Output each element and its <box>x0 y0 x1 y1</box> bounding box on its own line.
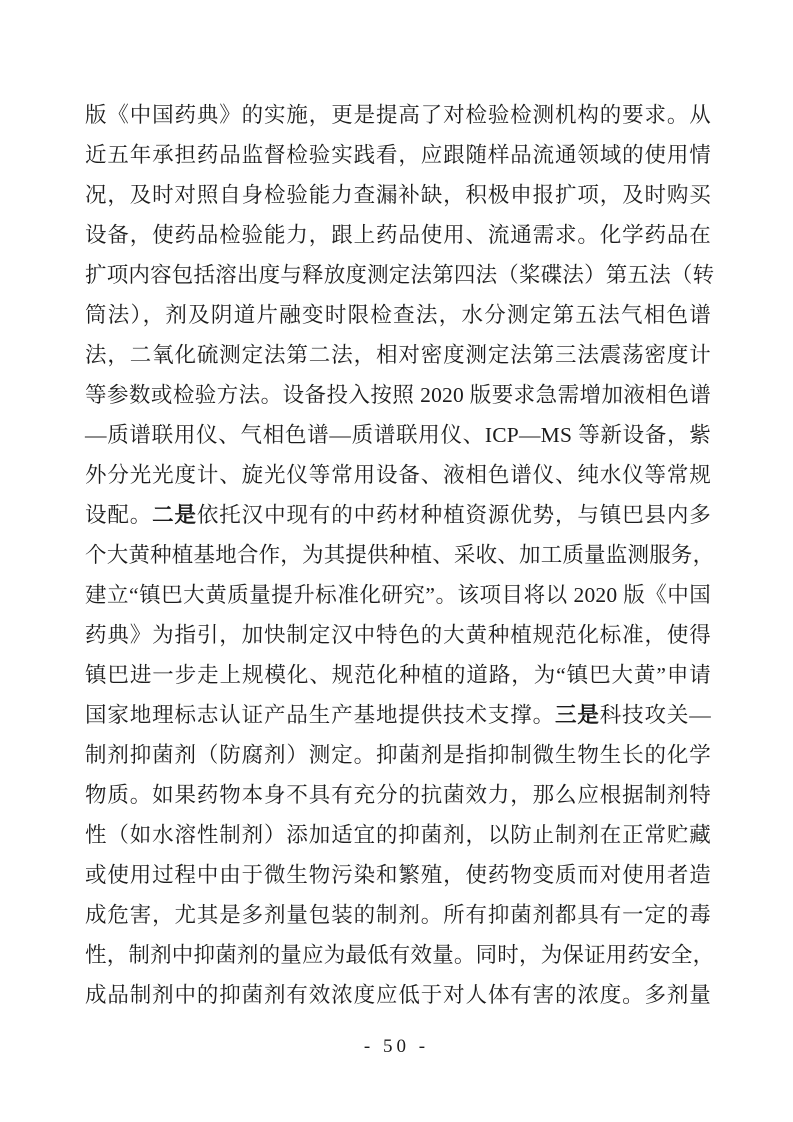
text-line: 设备，使药品检验能力，跟上药品使用、流通需求。化学药品在 <box>85 215 711 255</box>
text-line: 设配。二是依托汉中现有的中药材种植资源优势，与镇巴县内多 <box>85 495 711 535</box>
text-run: 国家地理标志认证产品生产基地提供技术支撑。 <box>85 703 555 727</box>
text-lines: 版《中国药典》的实施，更是提高了对检验检测机构的要求。从近五年承担药品监督检验实… <box>85 95 711 1015</box>
page-number: - 50 - <box>0 1036 793 1058</box>
text-run: 建立“镇巴大黄质量提升标准化研究”。该项目将以 2020 版《中国 <box>85 583 711 607</box>
text-run: 性，制剂中抑菌剂的量应为最低有效量。同时，为保证用药安全， <box>85 943 714 967</box>
text-run: 镇巴进一步走上规模化、规范化种植的道路，为“镇巴大黄”申请 <box>85 663 711 687</box>
text-run: —质谱联用仪、气相色谱—质谱联用仪、ICP—MS 等新设备，紫 <box>85 423 711 447</box>
bold-text-run: 二是 <box>152 503 197 527</box>
text-run: 药典》为指引，加快制定汉中特色的大黄种植规范化标准，使得 <box>85 623 711 647</box>
text-run: 筒法），剂及阴道片融变时限检查法，水分测定第五法气相色谱 <box>85 303 711 327</box>
text-line: 外分光光度计、旋光仪等常用设备、液相色谱仪、纯水仪等常规 <box>85 455 711 495</box>
text-run: 况，及时对照自身检验能力查漏补缺，积极申报扩项，及时购买 <box>85 183 711 207</box>
text-line: 性，制剂中抑菌剂的量应为最低有效量。同时，为保证用药安全， <box>85 935 711 975</box>
text-line: 成品制剂中的抑菌剂有效浓度应低于对人体有害的浓度。多剂量 <box>85 975 711 1015</box>
text-line: 国家地理标志认证产品生产基地提供技术支撑。三是科技攻关— <box>85 695 711 735</box>
text-run: 法，二氧化硫测定法第二法，相对密度测定法第三法震荡密度计 <box>85 343 711 367</box>
text-line: 近五年承担药品监督检验实践看，应跟随样品流通领域的使用情 <box>85 135 711 175</box>
text-line: 物质。如果药物本身不具有充分的抗菌效力，那么应根据制剂特 <box>85 775 711 815</box>
text-run: 性（如水溶性制剂）添加适宜的抑菌剂，以防止制剂在正常贮藏 <box>85 823 711 847</box>
text-run: 设配。 <box>85 503 152 527</box>
text-run: 制剂抑菌剂（防腐剂）测定。抑菌剂是指抑制微生物生长的化学 <box>85 743 711 767</box>
text-run: 个大黄种植基地合作，为其提供种植、采收、加工质量监测服务， <box>85 543 714 567</box>
text-line: 筒法），剂及阴道片融变时限检查法，水分测定第五法气相色谱 <box>85 295 711 335</box>
text-line: 制剂抑菌剂（防腐剂）测定。抑菌剂是指抑制微生物生长的化学 <box>85 735 711 775</box>
text-line: 等参数或检验方法。设备投入按照 2020 版要求急需增加液相色谱 <box>85 375 711 415</box>
text-run: 科技攻关— <box>600 703 711 727</box>
text-line: 况，及时对照自身检验能力查漏补缺，积极申报扩项，及时购买 <box>85 175 711 215</box>
text-line: —质谱联用仪、气相色谱—质谱联用仪、ICP—MS 等新设备，紫 <box>85 415 711 455</box>
text-run: 成危害，尤其是多剂量包装的制剂。所有抑菌剂都具有一定的毒 <box>85 903 711 927</box>
text-run: 外分光光度计、旋光仪等常用设备、液相色谱仪、纯水仪等常规 <box>85 463 711 487</box>
text-run: 成品制剂中的抑菌剂有效浓度应低于对人体有害的浓度。多剂量 <box>85 983 711 1007</box>
text-line: 性（如水溶性制剂）添加适宜的抑菌剂，以防止制剂在正常贮藏 <box>85 815 711 855</box>
text-line: 成危害，尤其是多剂量包装的制剂。所有抑菌剂都具有一定的毒 <box>85 895 711 935</box>
text-line: 镇巴进一步走上规模化、规范化种植的道路，为“镇巴大黄”申请 <box>85 655 711 695</box>
text-run: 设备，使药品检验能力，跟上药品使用、流通需求。化学药品在 <box>85 223 711 247</box>
bold-text-run: 三是 <box>555 703 600 727</box>
text-line: 个大黄种植基地合作，为其提供种植、采收、加工质量监测服务， <box>85 535 711 575</box>
text-run: 近五年承担药品监督检验实践看，应跟随样品流通领域的使用情 <box>85 143 711 167</box>
text-line: 法，二氧化硫测定法第二法，相对密度测定法第三法震荡密度计 <box>85 335 711 375</box>
text-line: 版《中国药典》的实施，更是提高了对检验检测机构的要求。从 <box>85 95 711 135</box>
text-line: 扩项内容包括溶出度与释放度测定法第四法（桨碟法）第五法（转 <box>85 255 711 295</box>
document-page: 版《中国药典》的实施，更是提高了对检验检测机构的要求。从近五年承担药品监督检验实… <box>0 0 793 1122</box>
text-run: 物质。如果药物本身不具有充分的抗菌效力，那么应根据制剂特 <box>85 783 711 807</box>
text-line: 或使用过程中由于微生物污染和繁殖，使药物变质而对使用者造 <box>85 855 711 895</box>
text-run: 依托汉中现有的中药材种植资源优势，与镇巴县内多 <box>197 503 711 527</box>
text-run: 或使用过程中由于微生物污染和繁殖，使药物变质而对使用者造 <box>85 863 711 887</box>
text-run: 版《中国药典》的实施，更是提高了对检验检测机构的要求。从 <box>85 103 711 127</box>
text-line: 药典》为指引，加快制定汉中特色的大黄种植规范化标准，使得 <box>85 615 711 655</box>
text-run: 等参数或检验方法。设备投入按照 2020 版要求急需增加液相色谱 <box>85 383 711 407</box>
text-run: 扩项内容包括溶出度与释放度测定法第四法（桨碟法）第五法（转 <box>85 263 714 287</box>
text-line: 建立“镇巴大黄质量提升标准化研究”。该项目将以 2020 版《中国 <box>85 575 711 615</box>
